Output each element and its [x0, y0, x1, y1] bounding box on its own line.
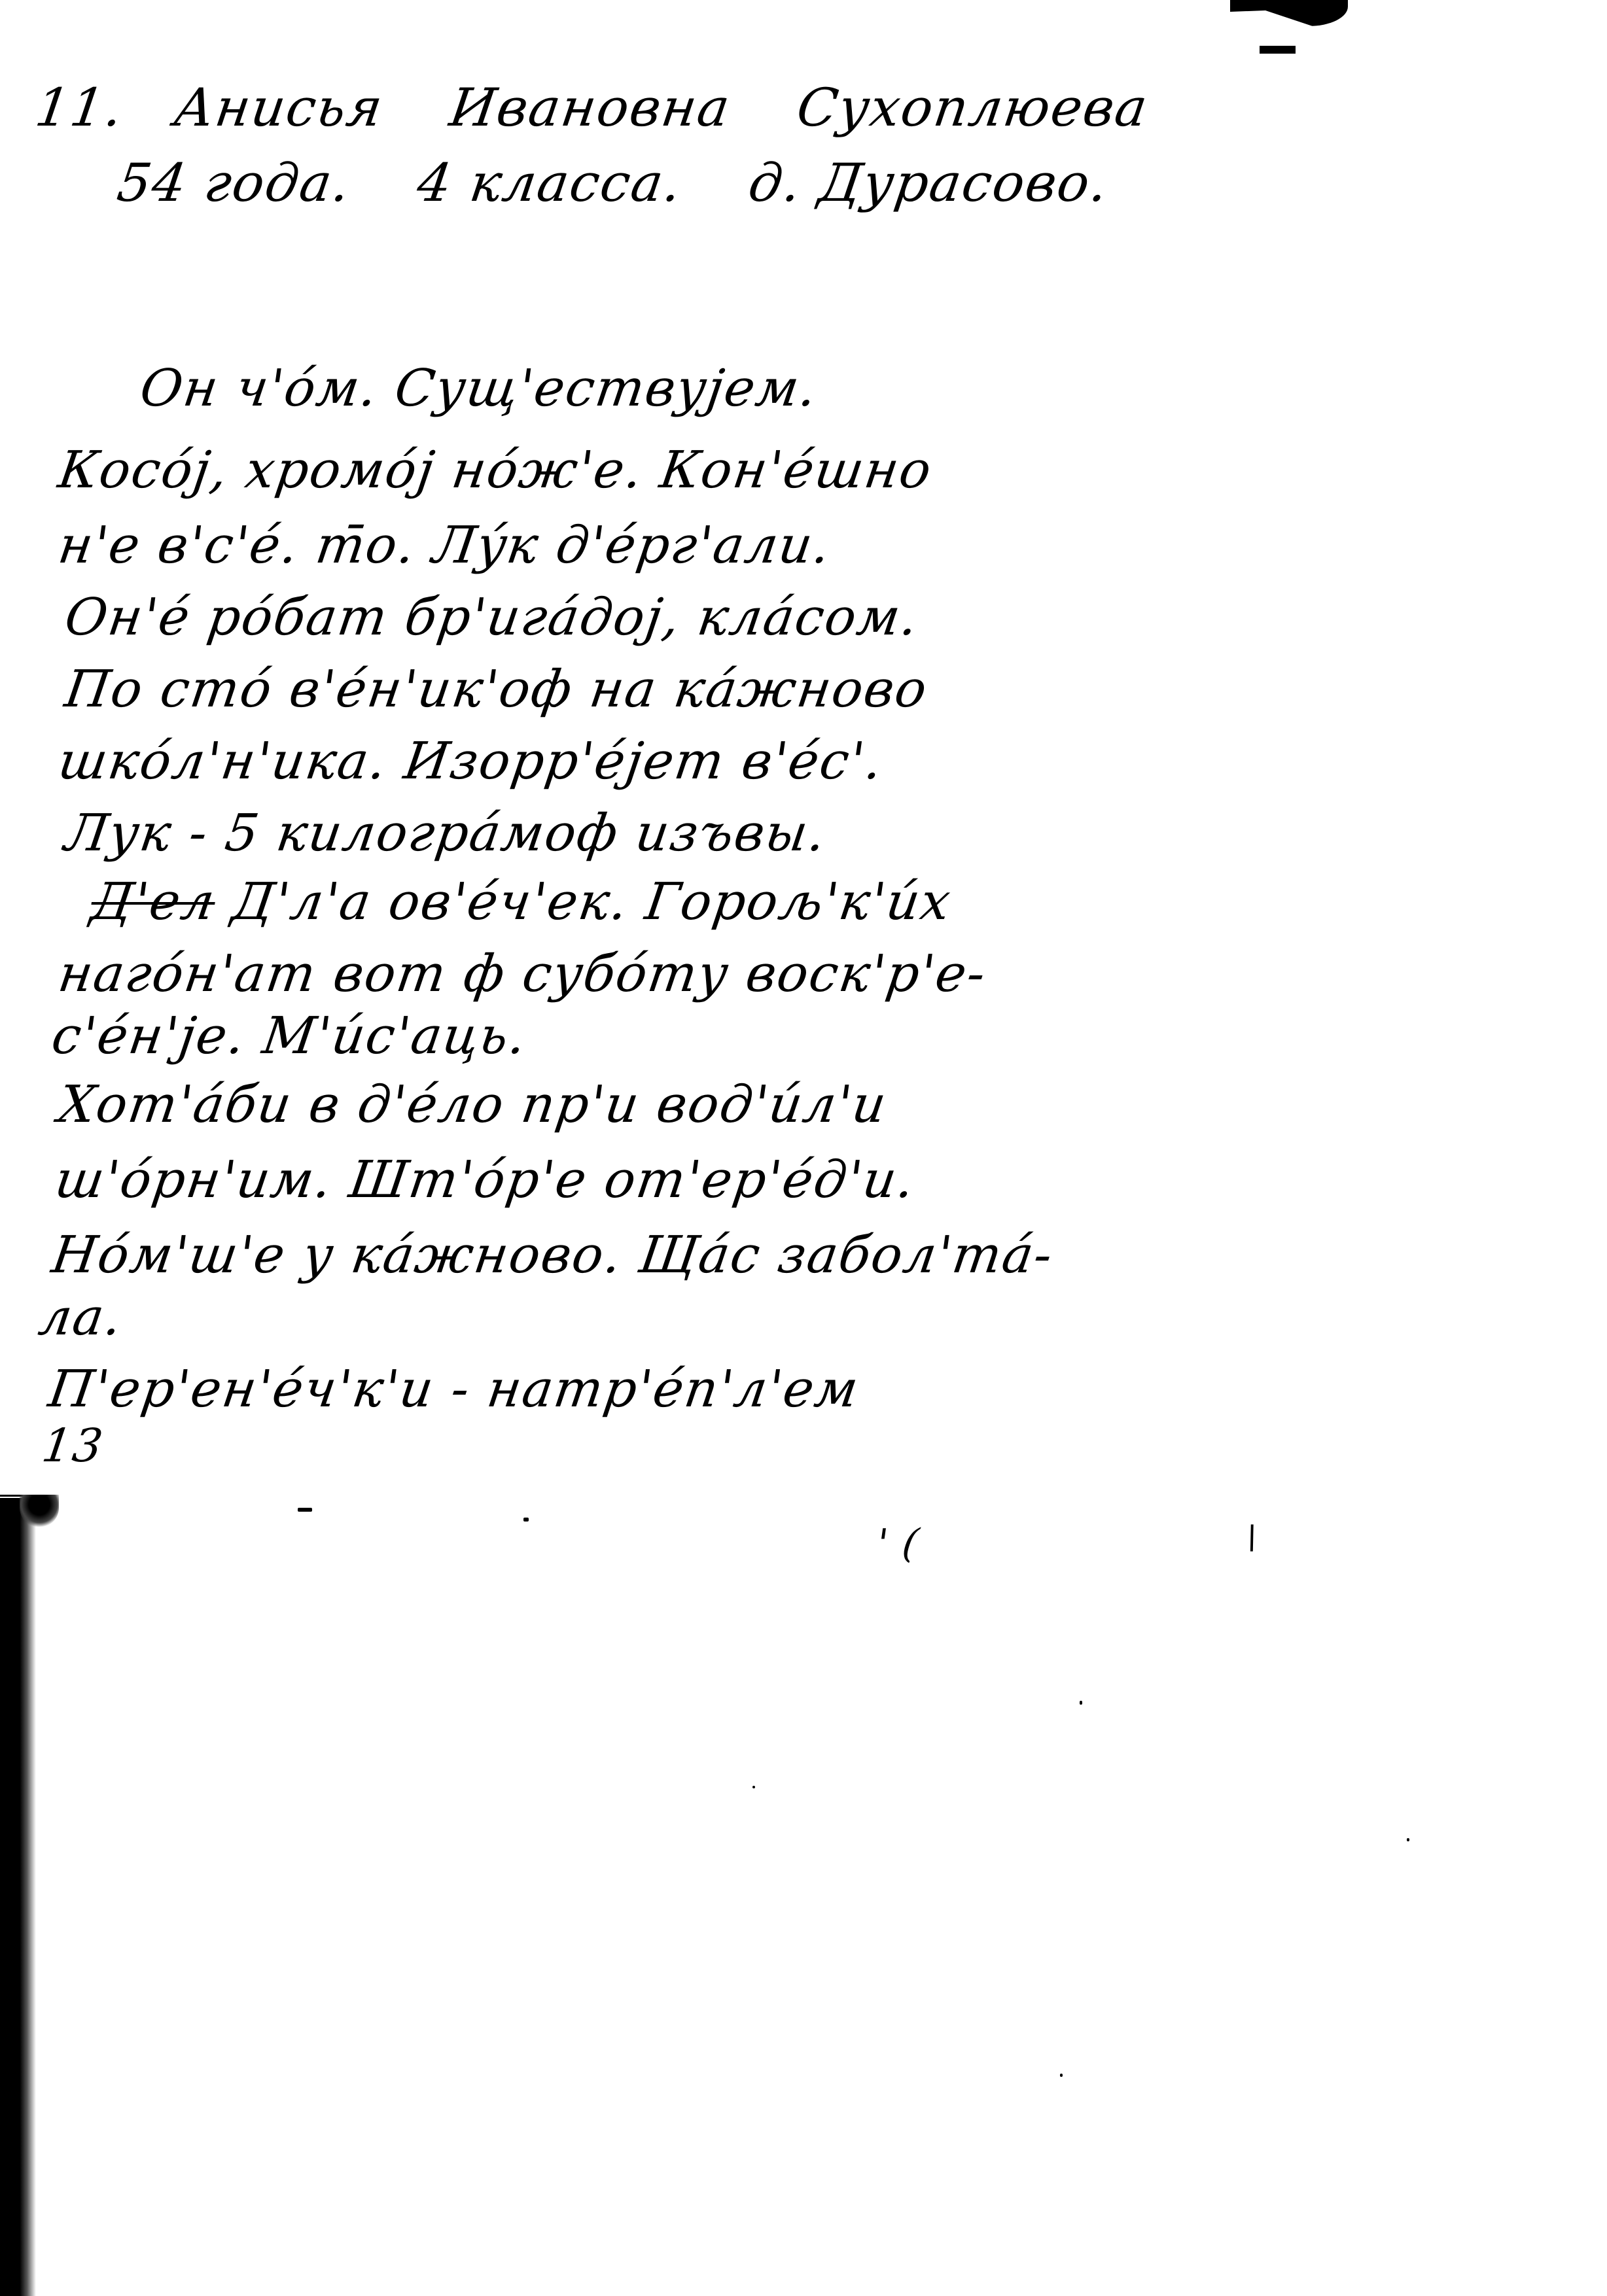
scan-speck — [1407, 1838, 1409, 1841]
informant-age: 54 года. — [114, 152, 355, 213]
transcript-line-8-text: Д'л'а ов'éч'ек. Горољ'к'úх — [228, 873, 955, 931]
transcript-line-8: Д'ел Д'л'а ов'éч'ек. Горољ'к'úх — [88, 877, 955, 928]
transcript-line-2: Косóј, хромóј нóж'е. Кон'éшно — [56, 445, 936, 496]
transcript-line-7: Лук - 5 килогрáмоф изъвы. — [62, 808, 830, 859]
scan-speck — [523, 1518, 529, 1522]
transcript-line-12: ш'óрн'им. Шт'óр'е от'ер'éд'и. — [52, 1155, 919, 1206]
informant-village: д. Дурасово. — [745, 152, 1112, 213]
informant-details-line: 54 года. 4 класса. д. Дурасово. — [114, 157, 1112, 209]
informant-first-name: Анисья — [171, 77, 387, 138]
transcript-line-11: Хот'áби в д'éло пр'и вод'úл'и — [56, 1079, 891, 1130]
transcript-line-10: с'éн'је. М'úс'аць. — [49, 1011, 531, 1062]
transcript-line-4: Он'é рóбат бр'игáдој, клáсом. — [62, 592, 923, 643]
scan-speck — [1060, 2074, 1063, 2077]
transcript-line-9: нагóн'ат вот ф субóту воск'р'е- — [56, 948, 990, 1000]
transcript-line-6: шкóл'н'ика. Изорр'éјет в'éс'. — [56, 736, 887, 787]
transcript-line-15: П'ер'ен'éч'к'и - натр'éп'л'ем — [46, 1364, 862, 1415]
scan-speck — [752, 1786, 755, 1788]
informant-education: 4 класса. — [414, 152, 686, 213]
transcript-line-5: По стó в'éн'ик'оф на кáжново — [62, 664, 931, 715]
informant-patronymic: Ивановна — [446, 77, 735, 138]
transcript-line-3: н'е в'с'é. т̄о. Лýк д'éрг'али. — [56, 520, 835, 571]
informant-surname: Сухоплюева — [793, 77, 1152, 138]
page-number: 13 — [39, 1423, 107, 1469]
stray-mark-1: ' ( — [874, 1524, 922, 1563]
entry-number: 11. — [32, 77, 128, 138]
transcript-line-14: ла. — [36, 1292, 126, 1343]
transcript-line-13: Нóм'ш'е у кáжново. Щáс забол'тá- — [49, 1230, 1057, 1281]
informant-name-line: 11. Анисья Ивановна Сухоплюева — [32, 82, 1151, 134]
crossed-out-word: Д'ел — [88, 873, 219, 931]
transcript-line-1: Он ч'óм. Сущ'ествујем. — [137, 363, 821, 414]
scan-speck — [1080, 1701, 1082, 1705]
stray-mark-2: \ — [1244, 1521, 1261, 1554]
handwritten-page: 11. Анисья Ивановна Сухоплюева 54 года. … — [0, 0, 1607, 2296]
scan-speck — [298, 1508, 312, 1512]
